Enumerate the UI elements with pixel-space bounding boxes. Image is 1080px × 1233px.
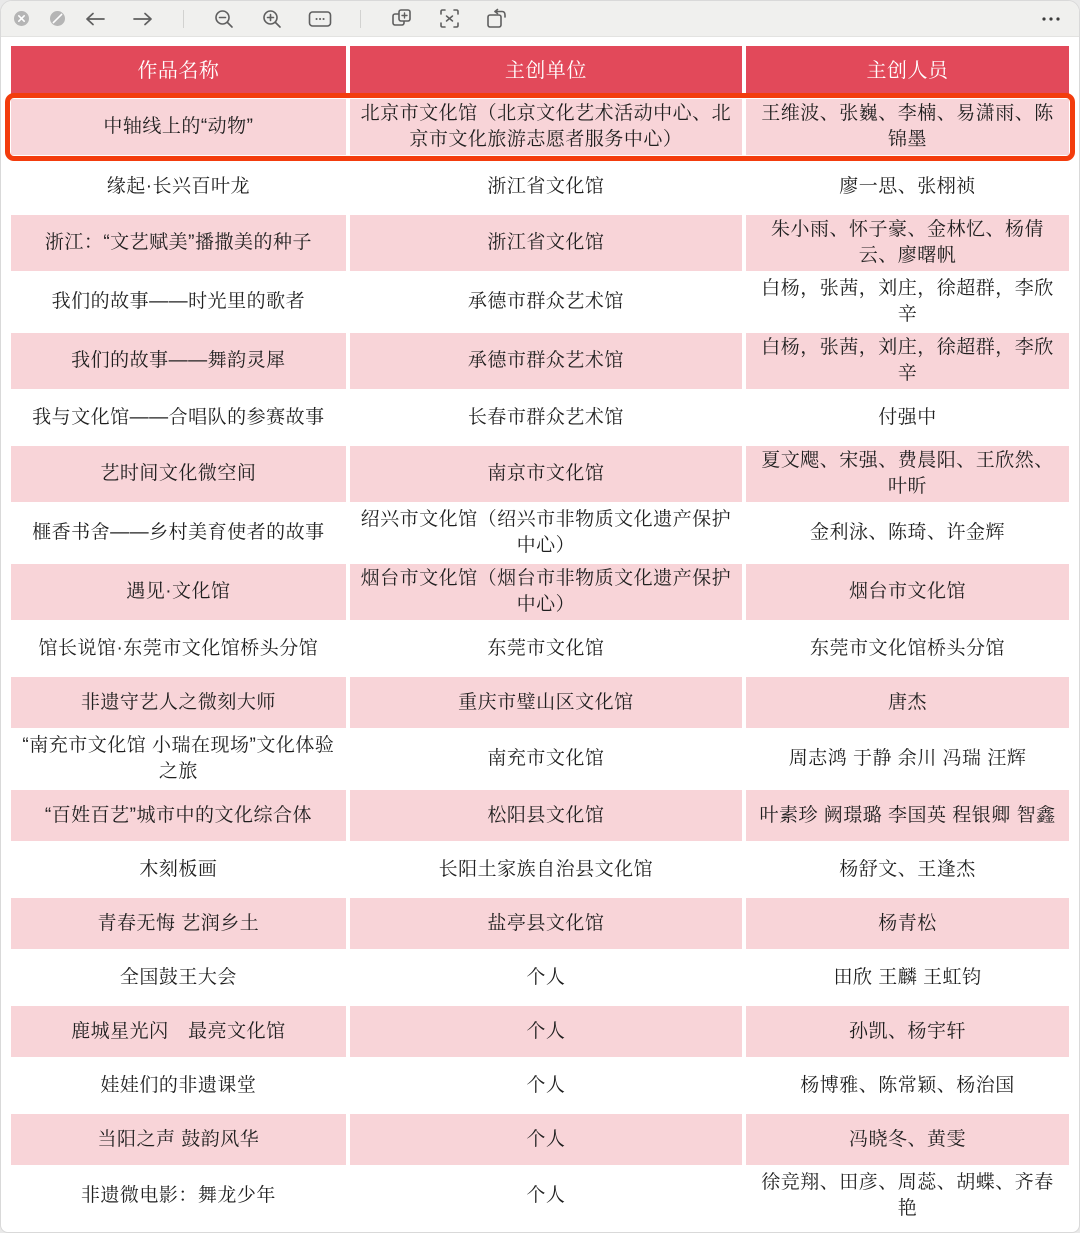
work-name-cell: 非遗守艺人之微刻大师 [11,677,346,728]
creator-people-cell: 付强中 [746,392,1069,443]
creator-org-cell: 烟台市文化馆（烟台市非物质文化遗产保护中心） [350,564,742,620]
table-row: 我们的故事——舞韵灵犀 承德市群众艺术馆 白杨，张茜，刘庄，徐超群，李欣辛 [11,333,1069,389]
table-row: 全国鼓王大会 个人 田欣 王麟 王虹钧 [11,952,1069,1003]
work-name-cell: 遇见·文化馆 [11,564,346,620]
work-name-cell: “南充市文化馆 小瑞在现场”文化体验之旅 [11,731,346,787]
creator-org-cell: 松阳县文化馆 [350,790,742,841]
work-name-cell: 木刻板画 [11,844,346,895]
back-arrow-icon[interactable] [83,7,107,31]
creator-people-cell: 夏文飔、宋强、费晨阳、王欣然、叶昕 [746,446,1069,502]
creator-org-cell: 绍兴市文化馆（绍兴市非物质文化遗产保护中心） [350,505,742,561]
image-viewer-window: 作品名称 主创单位 主创人员 中轴线上的“动物” 北京市文化馆（北京文化艺术活动… [0,0,1080,1233]
creator-people-cell: 唐杰 [746,677,1069,728]
close-circle-icon[interactable] [9,7,33,31]
creator-people-cell: 杨舒文、王逢杰 [746,844,1069,895]
creator-people-cell: 廖一思、张栩祯 [746,161,1069,212]
work-name-cell: 娃娃们的非遗课堂 [11,1060,346,1111]
work-name-cell: 我与文化馆——合唱队的参赛故事 [11,392,346,443]
creator-org-cell: 长春市群众艺术馆 [350,392,742,443]
table-body: 中轴线上的“动物” 北京市文化馆（北京文化艺术活动中心、北京市文化旅游志愿者服务… [11,99,1069,1224]
creator-org-cell: 个人 [350,1060,742,1111]
toolbar-divider [183,10,184,28]
zoom-out-icon[interactable] [212,7,236,31]
column-header-org: 主创单位 [350,46,742,96]
column-header-people: 主创人员 [746,46,1069,96]
creator-people-cell: 金利泳、陈琦、许金辉 [746,505,1069,561]
table-row: 木刻板画 长阳土家族自治县文化馆 杨舒文、王逢杰 [11,844,1069,895]
table-row: 缘起·长兴百叶龙 浙江省文化馆 廖一思、张栩祯 [11,161,1069,212]
extract-image-icon[interactable] [389,7,413,31]
work-name-cell: 缘起·长兴百叶龙 [11,161,346,212]
creator-org-cell: 盐亭县文化馆 [350,898,742,949]
forward-arrow-icon[interactable] [131,7,155,31]
table-row: 艺时间文化微空间 南京市文化馆 夏文飔、宋强、费晨阳、王欣然、叶昕 [11,446,1069,502]
table-row: 鹿城星光闪 最亮文化馆 个人 孙凯、杨宇轩 [11,1006,1069,1057]
creator-org-cell: 个人 [350,1114,742,1165]
creator-people-cell: 白杨，张茜，刘庄，徐超群，李欣辛 [746,333,1069,389]
table-row: 我们的故事——时光里的歌者 承德市群众艺术馆 白杨，张茜，刘庄，徐超群，李欣辛 [11,274,1069,330]
creator-org-cell: 南京市文化馆 [350,446,742,502]
creator-org-cell: 个人 [350,1006,742,1057]
creator-org-cell: 个人 [350,952,742,1003]
work-name-cell: 榧香书舍——乡村美育使者的故事 [11,505,346,561]
creator-org-cell: 个人 [350,1168,742,1224]
actual-size-icon[interactable] [308,7,332,31]
creator-people-cell: 王维波、张巍、李楠、易潇雨、陈锦墨 [746,99,1069,155]
zoom-in-icon[interactable] [260,7,284,31]
work-name-cell: 当阳之声 鼓韵风华 [11,1114,346,1165]
creator-people-cell: 孙凯、杨宇轩 [746,1006,1069,1057]
creator-people-cell: 朱小雨、怀子豪、金林忆、杨倩云、廖曙帆 [746,215,1069,271]
table-row: 当阳之声 鼓韵风华 个人 冯晓冬、黄雯 [11,1114,1069,1165]
creator-people-cell: 田欣 王麟 王虹钧 [746,952,1069,1003]
table-row: 馆长说馆·东莞市文化馆桥头分馆 东莞市文化馆 东莞市文化馆桥头分馆 [11,623,1069,674]
creator-people-cell: 杨青松 [746,898,1069,949]
creator-people-cell: 叶素珍 阙璟璐 李国英 程银卿 智鑫 [746,790,1069,841]
table-row: 非遗守艺人之微刻大师 重庆市璧山区文化馆 唐杰 [11,677,1069,728]
creator-org-cell: 承德市群众艺术馆 [350,333,742,389]
work-name-cell: 我们的故事——舞韵灵犀 [11,333,346,389]
work-name-cell: 青春无悔 艺润乡土 [11,898,346,949]
creator-org-cell: 承德市群众艺术馆 [350,274,742,330]
table-row: 非遗微电影：舞龙少年 个人 徐竞翔、田彦、周蕊、胡蝶、齐春艳 [11,1168,1069,1224]
table-row: 遇见·文化馆 烟台市文化馆（烟台市非物质文化遗产保护中心） 烟台市文化馆 [11,564,1069,620]
awards-table: 作品名称 主创单位 主创人员 中轴线上的“动物” 北京市文化馆（北京文化艺术活动… [1,37,1079,1224]
table-row: 我与文化馆——合唱队的参赛故事 长春市群众艺术馆 付强中 [11,392,1069,443]
more-icon[interactable] [1039,7,1063,31]
table-row: “南充市文化馆 小瑞在现场”文化体验之旅 南充市文化馆 周志鸿 于静 余川 冯瑞… [11,731,1069,787]
table-header-row: 作品名称 主创单位 主创人员 [11,46,1069,96]
work-name-cell: 馆长说馆·东莞市文化馆桥头分馆 [11,623,346,674]
creator-people-cell: 周志鸿 于静 余川 冯瑞 汪辉 [746,731,1069,787]
work-name-cell: 鹿城星光闪 最亮文化馆 [11,1006,346,1057]
creator-people-cell: 烟台市文化馆 [746,564,1069,620]
ocr-scan-icon[interactable] [437,7,461,31]
creator-people-cell: 白杨，张茜，刘庄，徐超群，李欣辛 [746,274,1069,330]
table-row: 娃娃们的非遗课堂 个人 杨博雅、陈常颖、杨治国 [11,1060,1069,1111]
work-name-cell: 我们的故事——时光里的歌者 [11,274,346,330]
table-row: 中轴线上的“动物” 北京市文化馆（北京文化艺术活动中心、北京市文化旅游志愿者服务… [11,99,1069,155]
creator-org-cell: 长阳土家族自治县文化馆 [350,844,742,895]
creator-people-cell: 徐竞翔、田彦、周蕊、胡蝶、齐春艳 [746,1168,1069,1224]
column-header-work: 作品名称 [11,46,346,96]
creator-org-cell: 南充市文化馆 [350,731,742,787]
creator-people-cell: 杨博雅、陈常颖、杨治国 [746,1060,1069,1111]
creator-org-cell: 浙江省文化馆 [350,161,742,212]
creator-org-cell: 浙江省文化馆 [350,215,742,271]
creator-org-cell: 东莞市文化馆 [350,623,742,674]
creator-org-cell: 北京市文化馆（北京文化艺术活动中心、北京市文化旅游志愿者服务中心） [350,99,742,155]
work-name-cell: 中轴线上的“动物” [11,99,346,155]
work-name-cell: 艺时间文化微空间 [11,446,346,502]
table-row: “百姓百艺”城市中的文化综合体 松阳县文化馆 叶素珍 阙璟璐 李国英 程银卿 智… [11,790,1069,841]
table-row: 青春无悔 艺润乡土 盐亭县文化馆 杨青松 [11,898,1069,949]
rotate-icon[interactable] [485,7,509,31]
work-name-cell: 全国鼓王大会 [11,952,346,1003]
creator-people-cell: 东莞市文化馆桥头分馆 [746,623,1069,674]
table-row: 榧香书舍——乡村美育使者的故事 绍兴市文化馆（绍兴市非物质文化遗产保护中心） 金… [11,505,1069,561]
work-name-cell: “百姓百艺”城市中的文化综合体 [11,790,346,841]
work-name-cell: 非遗微电影：舞龙少年 [11,1168,346,1224]
toolbar-divider [360,10,361,28]
toolbar [1,1,1079,37]
block-circle-icon[interactable] [45,7,69,31]
work-name-cell: 浙江：“文艺赋美”播撒美的种子 [11,215,346,271]
creator-org-cell: 重庆市璧山区文化馆 [350,677,742,728]
creator-people-cell: 冯晓冬、黄雯 [746,1114,1069,1165]
table-row: 浙江：“文艺赋美”播撒美的种子 浙江省文化馆 朱小雨、怀子豪、金林忆、杨倩云、廖… [11,215,1069,271]
